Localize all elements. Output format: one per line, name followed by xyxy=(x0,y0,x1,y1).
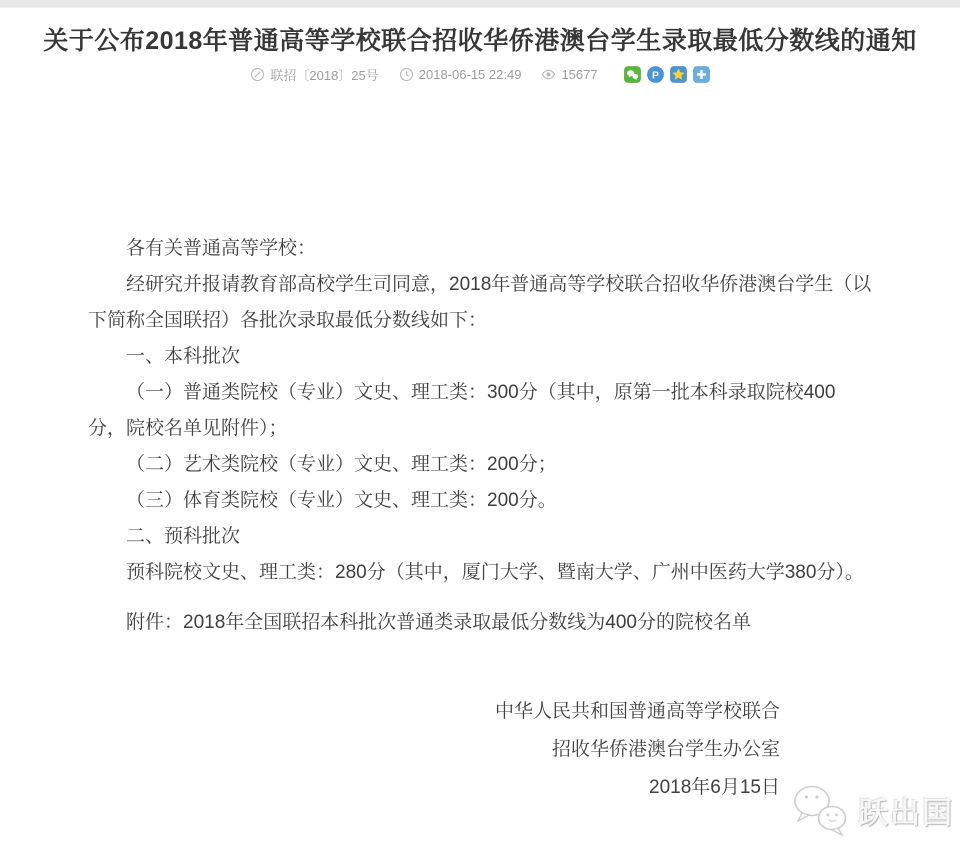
view-count-label: 15677 xyxy=(561,67,597,82)
more-share-icon[interactable] xyxy=(693,66,710,83)
wechat-share-icon[interactable] xyxy=(624,66,641,83)
share-buttons: P xyxy=(624,66,710,83)
publish-time-label: 2018-06-15 22:49 xyxy=(419,67,522,82)
intro-paragraph: 经研究并报请教育部高校学生司同意，2018年普通高等学校联合招收华侨港澳台学生（… xyxy=(88,267,872,339)
signature-org-line1: 中华人民共和国普通高等学校联合 xyxy=(88,693,780,731)
signature-date: 2018年6月15日 xyxy=(88,769,780,807)
signature-block: 中华人民共和国普通高等学校联合 招收华侨港澳台学生办公室 2018年6月15日 xyxy=(88,693,872,807)
eye-icon xyxy=(541,67,556,82)
document-body: 各有关普通高等学校： 经研究并报请教育部高校学生司同意，2018年普通高等学校联… xyxy=(0,231,960,807)
view-count: 15677 xyxy=(541,67,597,82)
pengyou-share-icon[interactable]: P xyxy=(647,66,664,83)
meta-bar: 联招〔2018〕25号 2018-06-15 22:49 15677 xyxy=(0,65,960,83)
qzone-share-icon[interactable] xyxy=(670,66,687,83)
section-heading-benke: 一、本科批次 xyxy=(88,339,872,375)
item-sports-colleges: （三）体育类院校（专业）文史、理工类：200分。 xyxy=(88,483,872,519)
doc-number-label: 联招〔2018〕25号 xyxy=(270,65,378,84)
publish-time: 2018-06-15 22:49 xyxy=(399,67,522,82)
salutation: 各有关普通高等学校： xyxy=(88,231,872,267)
clock-icon xyxy=(399,67,414,82)
item-general-colleges: （一）普通类院校（专业）文史、理工类：300分（其中，原第一批本科录取院校400… xyxy=(88,375,872,447)
signature-org-line2: 招收华侨港澳台学生办公室 xyxy=(88,731,780,769)
document-number-icon xyxy=(250,67,265,82)
item-yuke-colleges: 预科院校文史、理工类：280分（其中，厦门大学、暨南大学、广州中医药大学380分… xyxy=(88,555,872,591)
doc-number: 联招〔2018〕25号 xyxy=(250,65,378,84)
svg-text:P: P xyxy=(652,69,659,81)
attachment-line: 附件：2018年全国联招本科批次普通类录取最低分数线为400分的院校名单 xyxy=(88,605,872,641)
section-heading-yuke: 二、预科批次 xyxy=(88,519,872,555)
top-strip xyxy=(0,0,960,8)
article-header: 关于公布2018年普通高等学校联合招收华侨港澳台学生录取最低分数线的通知 联招〔… xyxy=(0,24,960,83)
item-art-colleges: （二）艺术类院校（专业）文史、理工类：200分； xyxy=(88,447,872,483)
notice-page: 关于公布2018年普通高等学校联合招收华侨港澳台学生录取最低分数线的通知 联招〔… xyxy=(0,0,960,843)
page-title: 关于公布2018年普通高等学校联合招收华侨港澳台学生录取最低分数线的通知 xyxy=(0,24,960,58)
